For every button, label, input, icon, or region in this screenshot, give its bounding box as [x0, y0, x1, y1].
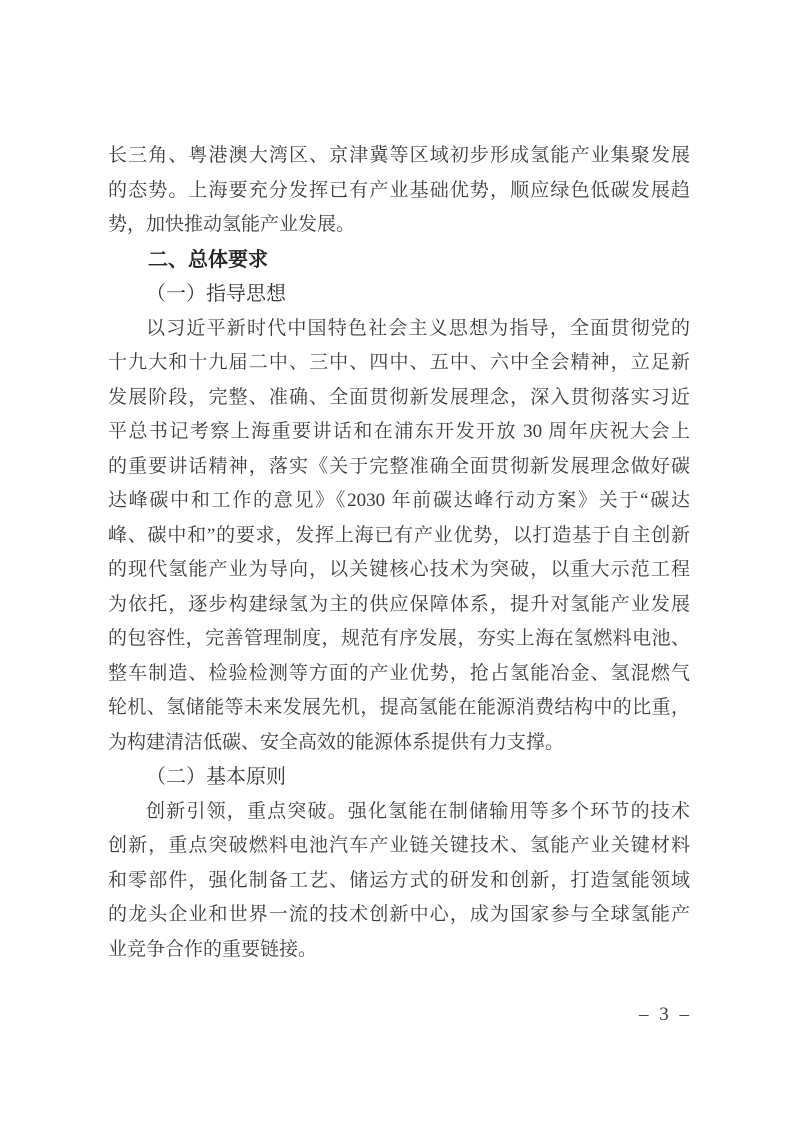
text-line: 轮机、氢储能等未来发展先机，提高氢能在能源消费结构中的比重，	[108, 691, 690, 726]
text-line: 创新，重点突破燃料电池汽车产业链关键技术、氢能产业关键材料	[108, 829, 690, 864]
text-line: 势，加快推动氢能产业发展。	[108, 208, 690, 243]
page-footer: – 3 –	[108, 1000, 690, 1030]
page-number: – 3 –	[639, 1004, 690, 1025]
paragraph: 创新引领，重点突破。强化氢能在制储输用等多个环节的技术创新，重点突破燃料电池汽车…	[108, 795, 690, 968]
paragraph: 长三角、粤港澳大湾区、京津冀等区域初步形成氢能产业集聚发展的态势。上海要充分发挥…	[108, 139, 690, 243]
text-line: 峰、碳中和”的要求，发挥上海已有产业优势，以打造基于自主创新	[108, 519, 690, 554]
paragraph: 以习近平新时代中国特色社会主义思想为指导，全面贯彻党的十九大和十九届二中、三中、…	[108, 312, 690, 761]
text-line: 长三角、粤港澳大湾区、京津冀等区域初步形成氢能产业集聚发展	[108, 139, 690, 174]
subsection-heading: （二）基本原则	[108, 760, 690, 795]
text-line: 达峰碳中和工作的意见》《2030 年前碳达峰行动方案》关于“碳达	[108, 484, 690, 519]
text-line: 和零部件，强化制备工艺、储运方式的研发和创新，打造氢能领域	[108, 864, 690, 899]
text-line: 业竞争合作的重要链接。	[108, 933, 690, 968]
text-line: 的态势。上海要充分发挥已有产业基础优势，顺应绿色低碳发展趋	[108, 174, 690, 209]
text-line: 十九大和十九届二中、三中、四中、五中、六中全会精神，立足新	[108, 346, 690, 381]
text-line: 为构建清洁低碳、安全高效的能源体系提供有力支撑。	[108, 726, 690, 761]
text-line: 整车制造、检验检测等方面的产业优势，抢占氢能冶金、氢混燃气	[108, 657, 690, 692]
text-line: 为依托，逐步构建绿氢为主的供应保障体系，提升对氢能产业发展	[108, 588, 690, 623]
text-line: 的包容性，完善管理制度，规范有序发展，夯实上海在氢燃料电池、	[108, 622, 690, 657]
text-line: 的龙头企业和世界一流的技术创新中心，成为国家参与全球氢能产	[108, 898, 690, 933]
document-body: 长三角、粤港澳大湾区、京津冀等区域初步形成氢能产业集聚发展的态势。上海要充分发挥…	[108, 139, 690, 967]
text-line: 平总书记考察上海重要讲话和在浦东开发开放 30 周年庆祝大会上	[108, 415, 690, 450]
section-heading: 二、总体要求	[108, 243, 690, 278]
text-line: 以习近平新时代中国特色社会主义思想为指导，全面贯彻党的	[108, 312, 690, 347]
text-line: 创新引领，重点突破。强化氢能在制储输用等多个环节的技术	[108, 795, 690, 830]
text-line: 发展阶段，完整、准确、全面贯彻新发展理念，深入贯彻落实习近	[108, 381, 690, 416]
text-line: 的现代氢能产业为导向，以关键核心技术为突破，以重大示范工程	[108, 553, 690, 588]
subsection-heading: （一）指导思想	[108, 277, 690, 312]
document-page: 长三角、粤港澳大湾区、京津冀等区域初步形成氢能产业集聚发展的态势。上海要充分发挥…	[0, 0, 794, 1123]
text-line: 的重要讲话精神，落实《关于完整准确全面贯彻新发展理念做好碳	[108, 450, 690, 485]
